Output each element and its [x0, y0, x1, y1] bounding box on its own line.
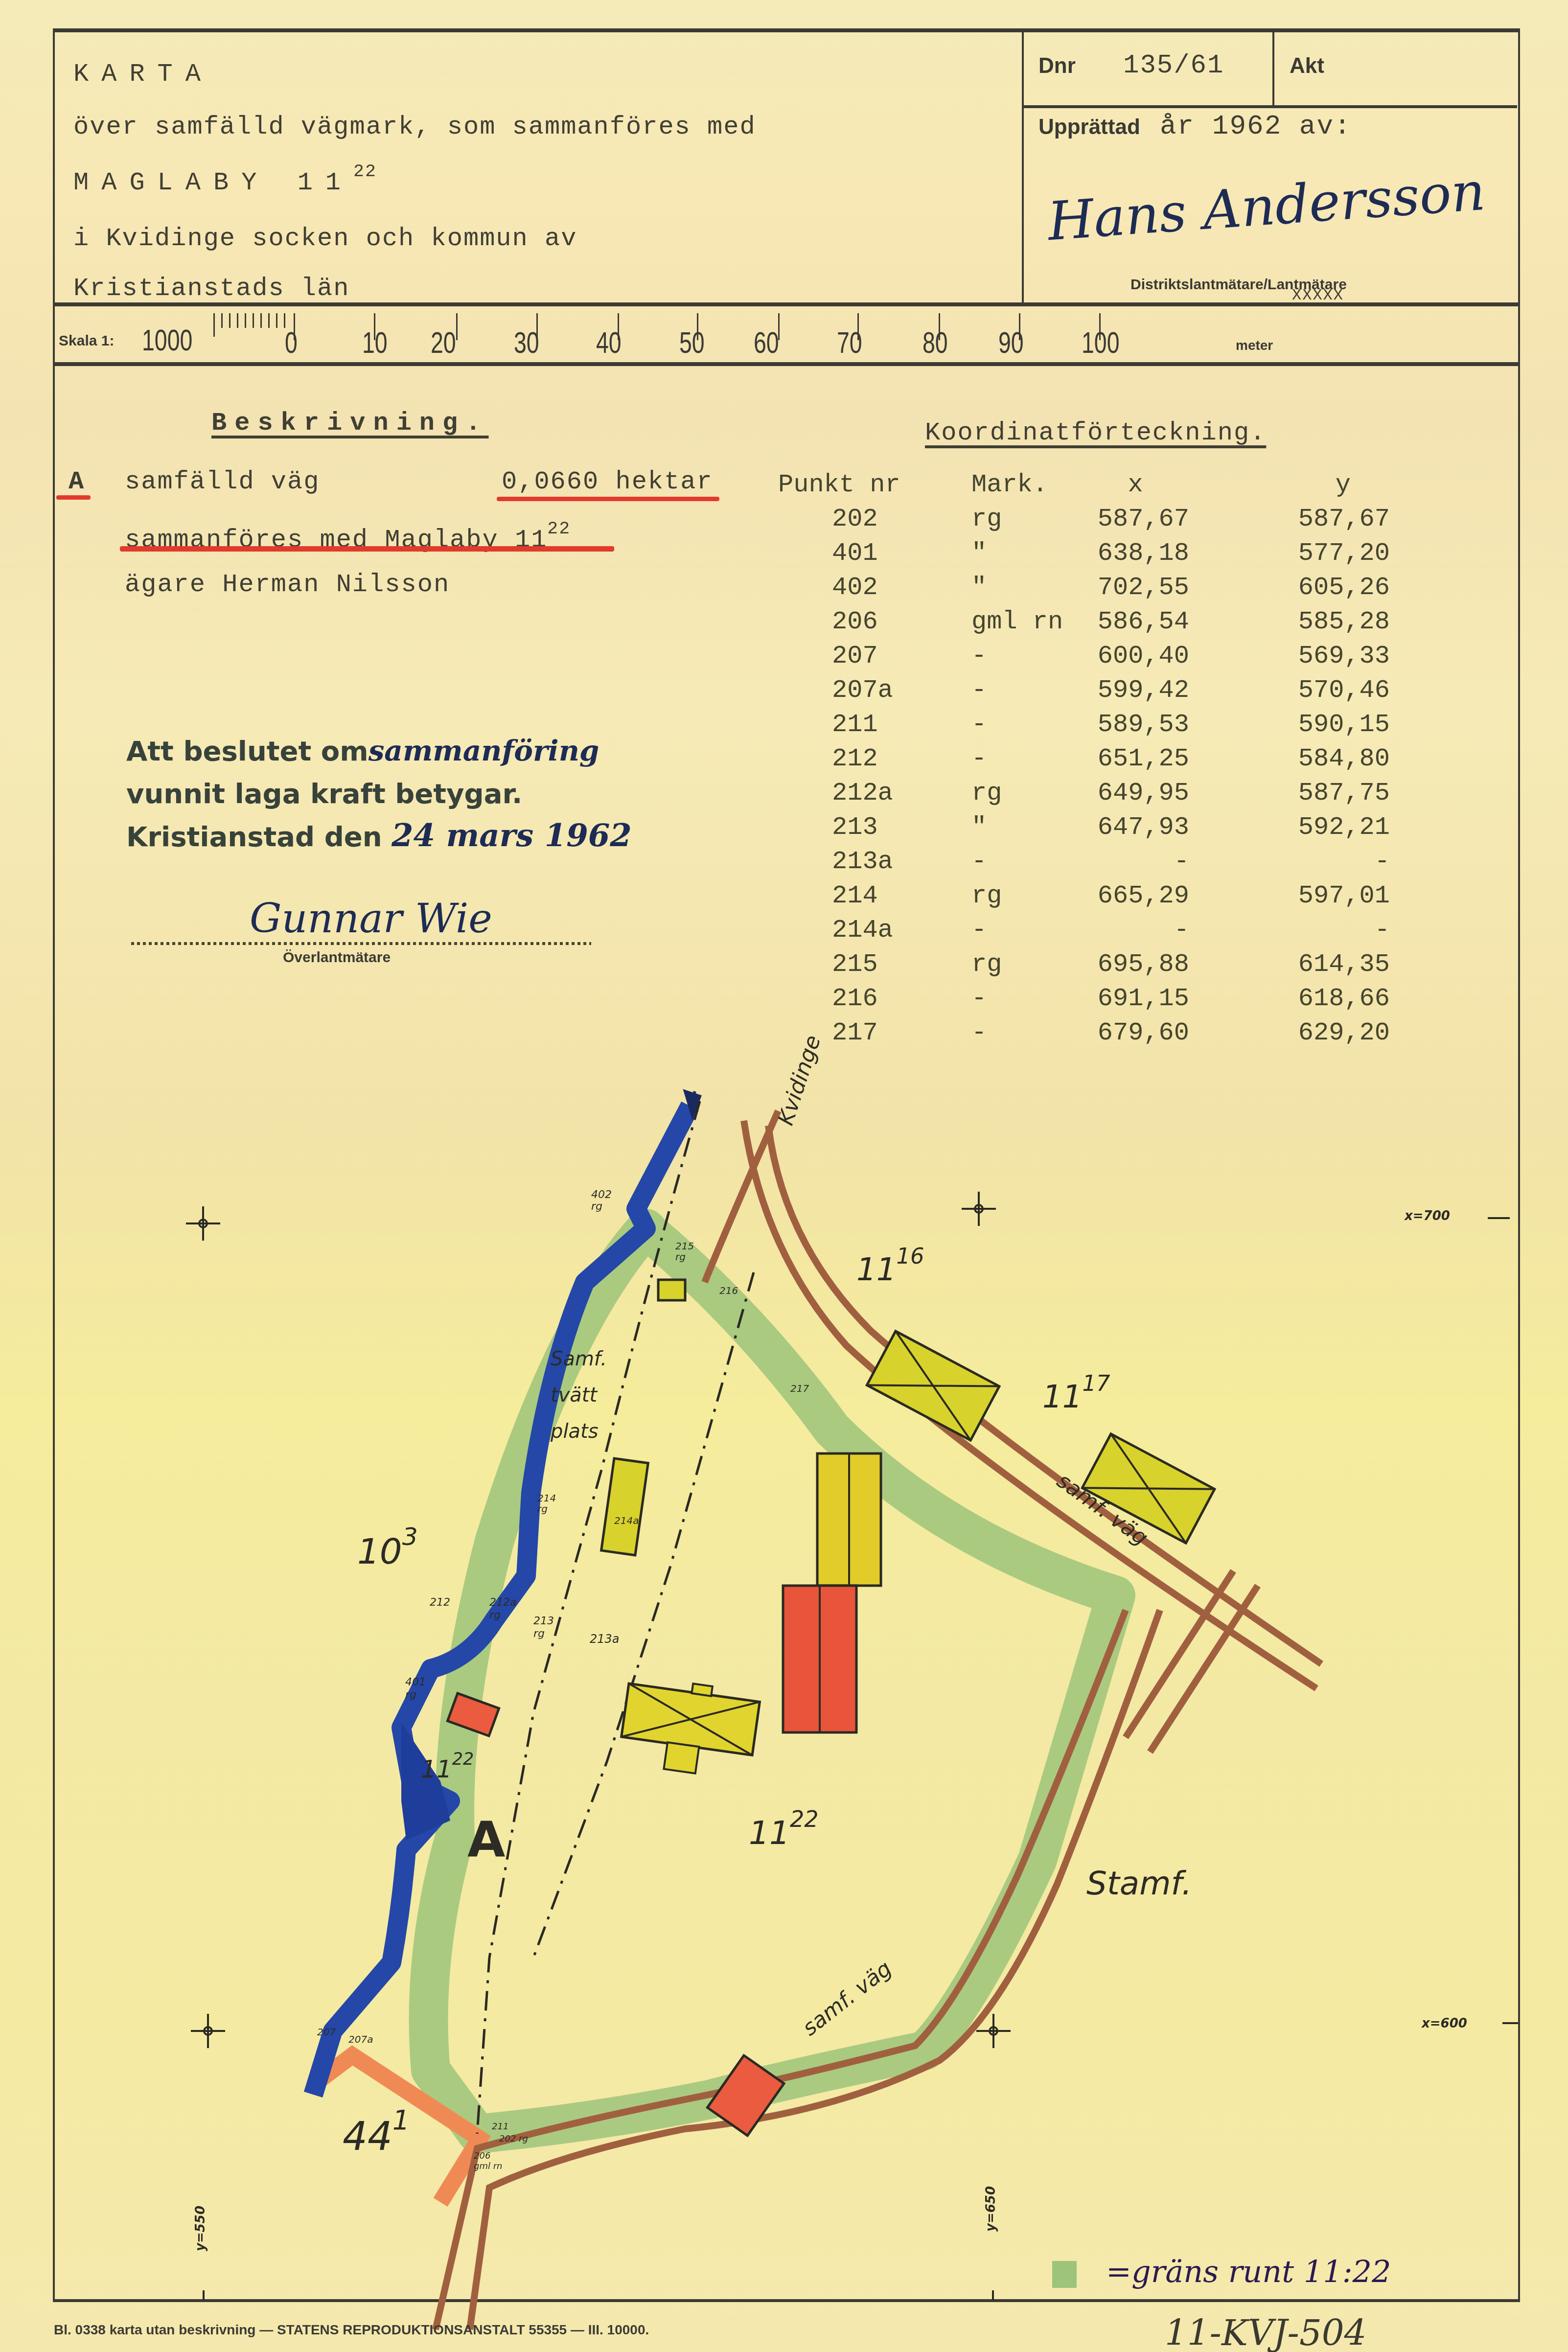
point-215: 215rg: [675, 1241, 694, 1262]
parcel-11-22-main: 11: [749, 1814, 790, 1852]
road-kvidinge-branch: [705, 1111, 778, 1282]
parcel-11-16-main: 11: [856, 1252, 896, 1288]
point-212: 212: [430, 1596, 450, 1609]
building-11-17: [1082, 1434, 1215, 1543]
point-215-mark: rg: [675, 1251, 694, 1262]
road-cross: [1126, 1571, 1258, 1752]
label-parcel-11-17: 1117: [1042, 1370, 1110, 1415]
point-213-num: 213: [533, 1615, 554, 1628]
grid-label-y650: y=650: [984, 2186, 998, 2232]
point-214-mark: rg: [537, 1503, 556, 1514]
label-parcel-11-22-small: 1122: [421, 1750, 474, 1783]
grid-label-x700: x=700: [1405, 1209, 1450, 1223]
building-11-16: [867, 1331, 999, 1440]
grid-cross-icon: [186, 1206, 220, 1241]
point-402: 402rg: [591, 1189, 612, 1213]
point-215-num: 215: [675, 1241, 694, 1251]
parcel-11-22-sup: 22: [790, 1806, 819, 1832]
tvattplats-line1: Samf.: [551, 1341, 607, 1377]
point-212a-num: 212a: [489, 1596, 516, 1609]
point-213: 213rg: [533, 1615, 554, 1640]
parcel-10-3-sup: 3: [402, 1522, 418, 1551]
boundary-green-band: [429, 1228, 1116, 2134]
building-barn-red: [783, 1586, 856, 1732]
property-map: [0, 0, 1568, 2352]
grid-label-y550: y=550: [193, 2206, 208, 2251]
point-202: 202 rg: [499, 2134, 528, 2144]
point-217: 217: [790, 1383, 809, 1394]
point-402-num: 402: [591, 1189, 612, 1201]
point-401: 401rg: [405, 1676, 426, 1702]
point-214-num: 214: [537, 1493, 556, 1503]
point-401-num: 401: [405, 1676, 426, 1689]
point-216: 216: [719, 1285, 738, 1296]
point-212a-mark: rg: [489, 1609, 516, 1622]
tvattplats-line3: plats: [551, 1413, 607, 1450]
print-info: Bl. 0338 karta utan beskrivning — STATEN…: [54, 2322, 649, 2338]
label-parcel-11-16: 1116: [856, 1243, 924, 1288]
tvattplats-line2: tvätt: [551, 1377, 607, 1413]
label-parcel-11-22: 1122: [749, 1806, 819, 1852]
parcel-11-22-small-sup: 22: [452, 1750, 474, 1769]
parcel-44-1-main: 44: [343, 2114, 392, 2159]
building-small-tvattplats: [658, 1280, 685, 1300]
road-samf-vag-1: [436, 1610, 1126, 2329]
point-206: 206 gml rn: [474, 2151, 503, 2171]
point-207a: 207a: [348, 2033, 373, 2045]
building-tvattplats-yellow: [601, 1458, 648, 1555]
point-402-mark: rg: [591, 1201, 612, 1213]
legend-green-swatch: [1052, 2261, 1077, 2288]
grid-label-x600: x=600: [1422, 2016, 1467, 2031]
point-214: 214rg: [537, 1493, 556, 1514]
point-207: 207: [317, 2026, 336, 2038]
point-213-mark: rg: [533, 1628, 554, 1640]
parcel-11-22-small-main: 11: [421, 1755, 452, 1783]
label-parcel-10-3: 103: [357, 1522, 418, 1572]
grid-cross-icon: [962, 1192, 996, 1226]
point-214a: 214a: [614, 1515, 639, 1526]
label-area-A: A: [467, 1811, 505, 1868]
grid-cross-icon: [191, 2014, 225, 2048]
label-stamf: Stamf.: [1086, 1865, 1192, 1902]
archive-number: 11-KVJ-504: [1165, 2312, 1366, 2352]
parcel-11-16-sup: 16: [896, 1243, 924, 1269]
building-barn-yellow: [817, 1453, 881, 1586]
parcel-44-1-sup: 1: [392, 2104, 410, 2136]
point-211: 211: [492, 2121, 508, 2132]
parcel-11-17-sup: 17: [1082, 1370, 1110, 1396]
point-213a: 213a: [590, 1632, 620, 1646]
building-house-11-22: [618, 1675, 761, 1781]
point-212a: 212arg: [489, 1596, 516, 1622]
label-parcel-44-1: 441: [343, 2104, 410, 2159]
parcel-10-3-main: 10: [357, 1531, 402, 1572]
point-401-mark: rg: [405, 1689, 426, 1702]
parcel-11-17-main: 11: [1042, 1379, 1082, 1415]
label-tvattplats: Samf. tvätt plats: [551, 1341, 607, 1450]
legend-text: =gräns runt 11:22: [1106, 2254, 1391, 2289]
